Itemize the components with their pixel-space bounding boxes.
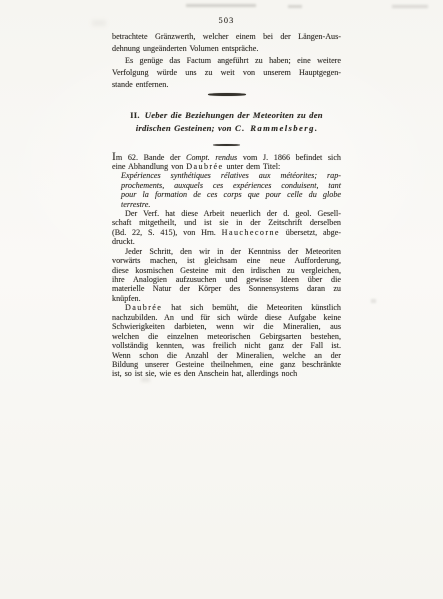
text-line: Bildung unserer Gesteine theilnehmen, ei… bbox=[112, 360, 341, 369]
text-line: stande entfernen. bbox=[112, 79, 341, 91]
text-line: ist, so ist sie, wie es den Anschein hat… bbox=[112, 369, 341, 378]
scan-smudge-top-right bbox=[392, 5, 428, 8]
text-blocks: betrachtete Gränzwerth, welcher einem be… bbox=[112, 31, 341, 379]
text-line: dehnung ungeänderten Volumen entspräche. bbox=[112, 43, 341, 55]
text-line: pour la formation de ces corps que pour … bbox=[121, 190, 341, 199]
scan-smudge-top-mid bbox=[288, 5, 302, 8]
text-line: Expériences synthétiques rélatives aux m… bbox=[121, 171, 341, 180]
scanned-page: 503 betrachtete Gränzwerth, welcher eine… bbox=[0, 0, 443, 599]
text-line: Es genüge das Factum angeführt zu haben;… bbox=[112, 55, 341, 67]
scan-smudge-margin bbox=[92, 20, 106, 26]
text-line: vollständig kennten, was freilich nicht … bbox=[112, 341, 341, 350]
heading-rule bbox=[213, 144, 240, 146]
paragraph-jeder-schritt: Jeder Schritt, den wir in der Kenntniss … bbox=[112, 247, 341, 304]
text-line: betrachtete Gränzwerth, welcher einem be… bbox=[112, 31, 341, 43]
text-line: prochements, auxquels ces expériences co… bbox=[121, 181, 341, 190]
section-heading: II.Ueber die Beziehungen der Meteoriten … bbox=[112, 109, 341, 135]
text-line: druckt. bbox=[112, 237, 341, 246]
paragraph-french-title: Expériences synthétiques rélatives aux m… bbox=[112, 171, 341, 209]
text-line: II.Ueber die Beziehungen der Meteoriten … bbox=[112, 109, 341, 122]
text-line: vorwärts machen, ist gleichsam eine neue… bbox=[112, 256, 341, 265]
text-line: welchen die einzelnen meteorischen Gebir… bbox=[112, 332, 341, 341]
text-line: Jeder Schritt, den wir in der Kenntniss … bbox=[112, 247, 341, 256]
text-line: Der Verf. hat diese Arbeit neuerlich der… bbox=[112, 209, 341, 218]
text-line: schaft mitgetheilt, und ist sie in der Z… bbox=[112, 218, 341, 227]
text-line: Im 62. Bande der Compt. rendus vom J. 18… bbox=[112, 152, 341, 161]
text-line: ihre Analogien aufzusuchen und gewisse I… bbox=[112, 275, 341, 284]
paragraph-intro: Im 62. Bande der Compt. rendus vom J. 18… bbox=[112, 152, 341, 171]
paragraph-factum: Es genüge das Factum angeführt zu haben;… bbox=[112, 55, 341, 91]
paragraph-volume-continuation: betrachtete Gränzwerth, welcher einem be… bbox=[112, 31, 341, 55]
text-line: materielle Natur der Körper des Sonnensy… bbox=[112, 284, 341, 293]
scan-speck-right bbox=[371, 299, 376, 303]
text-line: irdischen Gesteinen; von C. Rammelsberg. bbox=[112, 122, 341, 135]
text-line: Daubrée hat sich bemüht, die Meteoriten … bbox=[112, 303, 341, 312]
text-line: eine Abhandlung von Daubrée unter dem Ti… bbox=[112, 162, 341, 171]
text-line: knüpfen. bbox=[112, 294, 341, 303]
text-line: nachzubilden. An und für sich würde dies… bbox=[112, 313, 341, 322]
paragraph-translation-note: Der Verf. hat diese Arbeit neuerlich der… bbox=[112, 209, 341, 247]
text-line: Wenn schon die Anzahl der Mineralien, we… bbox=[112, 351, 341, 360]
paragraph-daubree-nachbildung: Daubrée hat sich bemüht, die Meteoriten … bbox=[112, 303, 341, 379]
page-number: 503 bbox=[112, 16, 341, 25]
text-line: Schwierigkeiten darbieten, wenn wir die … bbox=[112, 322, 341, 331]
text-column: betrachtete Gränzwerth, welcher einem be… bbox=[112, 31, 341, 379]
text-line: Verfolgung würde uns zu weit von unserem… bbox=[112, 67, 341, 79]
text-line: diese kosmischen Gesteine mit den irdisc… bbox=[112, 266, 341, 275]
text-line: terrestre. bbox=[121, 200, 341, 209]
scan-smudge-top-left bbox=[186, 4, 256, 7]
text-line: (Bd. 22, S. 415), von Hrn. Hauchecorne ü… bbox=[112, 228, 341, 237]
section-end-rule bbox=[208, 93, 246, 96]
